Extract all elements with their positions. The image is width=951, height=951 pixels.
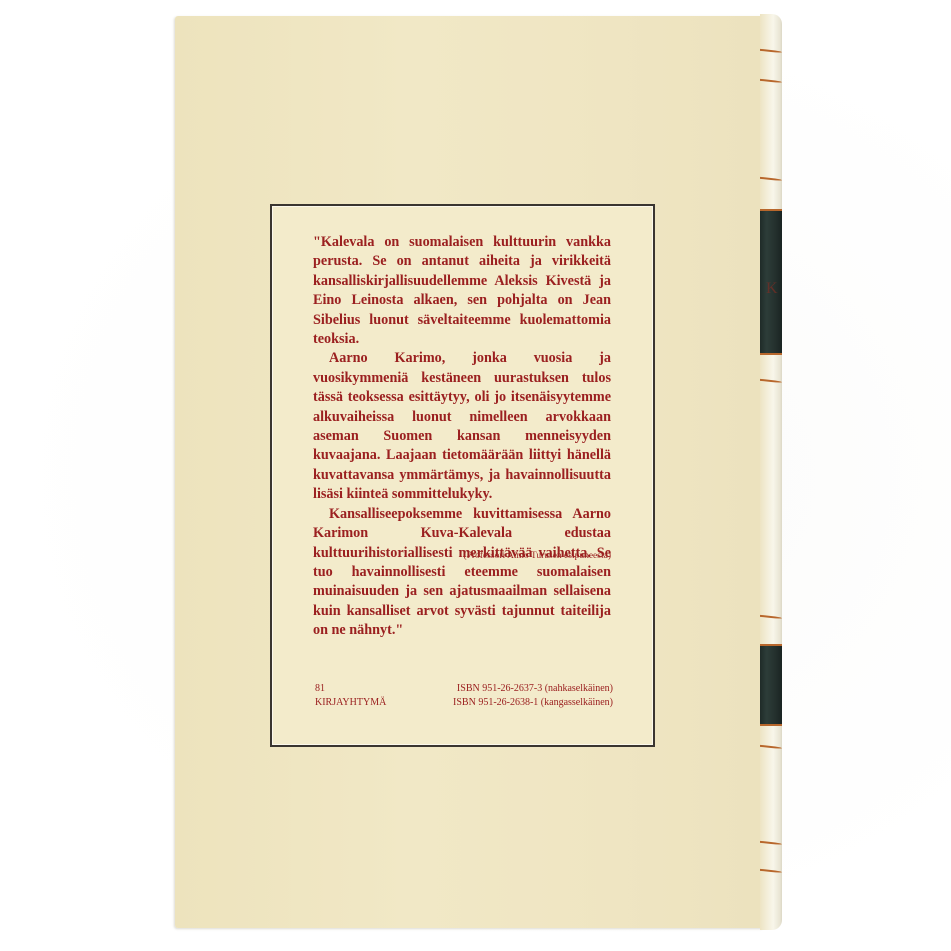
book-spine: [760, 14, 782, 930]
quote-text: "Kalevala on suomalaisen kulttuurin vank…: [313, 233, 611, 641]
publisher-info: 81 KIRJAYHTYMÄ: [315, 682, 386, 710]
spine-title-letter: K: [766, 280, 778, 298]
quote-paragraph: Aarno Karimo, jonka vuosia ja vuosikymme…: [313, 349, 611, 504]
isbn-line: ISBN 951-26-2638-1 (kangasselkäinen): [400, 696, 613, 710]
isbn-info: ISBN 951-26-2637-3 (nahkaselkäinen) ISBN…: [400, 682, 613, 710]
quote-paragraph: Kansalliseepoksemme kuvittamisessa Aarno…: [313, 505, 611, 641]
quote-paragraph: "Kalevala on suomalaisen kulttuurin vank…: [313, 233, 611, 349]
publisher-name: KIRJAYHTYMÄ: [315, 696, 386, 710]
publisher-code: 81: [315, 682, 386, 696]
isbn-line: ISBN 951-26-2637-3 (nahkaselkäinen): [400, 682, 613, 696]
quote-attribution: (Professori Aimo Turusen esipuheesta): [313, 551, 611, 561]
spine-volume-panel: [760, 644, 782, 726]
